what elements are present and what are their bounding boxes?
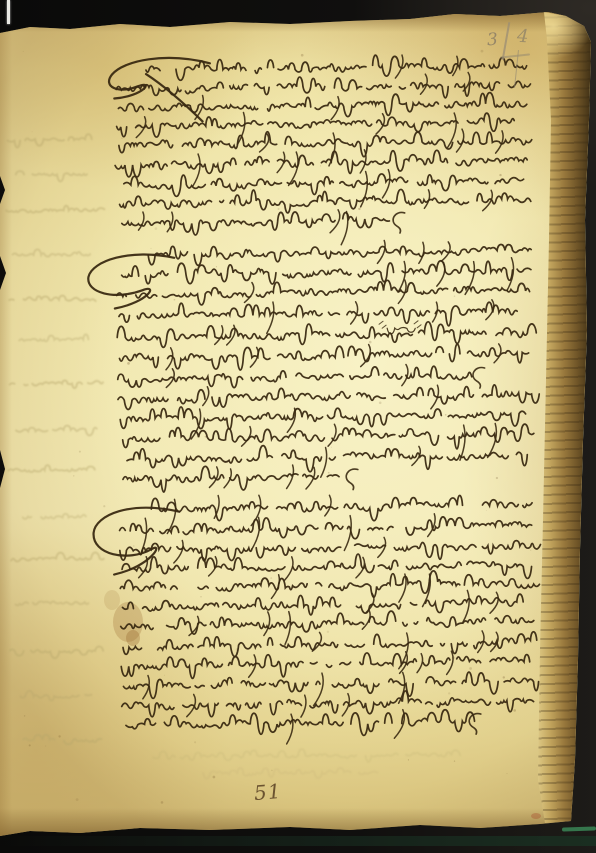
folio-number: 51 xyxy=(253,779,282,805)
page-number-4: 4 xyxy=(516,26,529,48)
table-surface-sliver xyxy=(562,826,596,831)
table-surface-band xyxy=(0,836,596,846)
manuscript-page xyxy=(0,0,596,853)
background-light-sliver xyxy=(7,0,10,24)
photograph-background: 3 4 51 xyxy=(0,0,596,853)
page-number-3: 3 xyxy=(486,30,498,51)
page-vignette xyxy=(0,0,596,853)
